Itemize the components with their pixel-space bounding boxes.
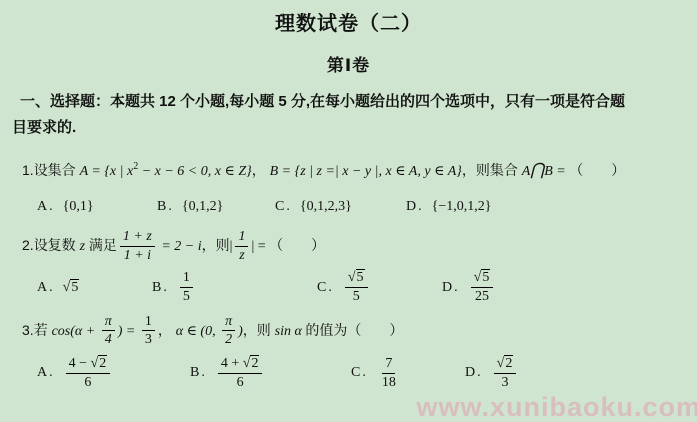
q3-lead-text: 若	[34, 322, 52, 338]
q2-option-d-radicand: 5	[481, 269, 490, 285]
q3-option-b-denominator: 6	[234, 374, 247, 391]
q3-option-a-denominator: 6	[81, 374, 94, 391]
q2-option-c-fraction: √55	[345, 270, 368, 304]
q3-frac3-denominator: 2	[222, 331, 235, 348]
q3-sin-expression: sin α	[275, 324, 306, 339]
q1-option-a-label: A.	[37, 199, 55, 215]
q1-option-c-value: {0,1,2,3}	[300, 199, 352, 215]
q3-option-d-label: D.	[465, 365, 483, 381]
question-2-stem: 2.设复数 z 满足1 + z1 + i = 2 − i，则|1z| = （ ）	[10, 229, 687, 263]
q2-option-c-numerator: √5	[345, 270, 368, 288]
q3-option-a-radical: √2	[91, 355, 108, 371]
q2-frac2-numerator: 1	[235, 229, 248, 247]
q3-option-a-numerator: 4 − √2	[66, 356, 111, 374]
q3-frac1-numerator: π	[102, 314, 115, 332]
q3-option-c: C.718	[351, 356, 465, 390]
q3-frac3-numerator: π	[222, 314, 235, 332]
q3-close-eq: ) =	[118, 324, 139, 339]
q2-option-d-denominator: 25	[472, 288, 492, 305]
q2-option-d-label: D.	[442, 280, 460, 296]
q1-option-b-value: {0,1,2}	[182, 199, 223, 215]
q1-number: 1.	[22, 162, 34, 178]
q2-answer-blank: （ ）	[269, 237, 325, 253]
q2-option-b-numerator: 1	[180, 270, 193, 288]
question-1-stem: 1.设集合 A = {x | x2 − x − 6 < 0, x ∈ Z}， B…	[10, 160, 687, 180]
instructions-line-2: 目要求的.	[10, 115, 687, 141]
q3-option-b-radicand: 2	[250, 355, 259, 371]
q2-abs-close: | =	[251, 239, 269, 254]
q3-option-c-numerator: 7	[382, 356, 395, 374]
q1-comma: ，	[252, 162, 270, 178]
question-3-options: A.4 − √26 B.4 + √26 C.718 D.√23	[10, 356, 687, 390]
question-3-stem: 3.若 cos(α + π4) = 13， α ∈ (0, π2)，则 sin …	[10, 314, 687, 348]
q3-frac2-numerator: 1	[142, 314, 155, 332]
q2-option-d: D.√525	[442, 270, 496, 304]
q2-option-a-radicand: 5	[70, 279, 79, 295]
q2-abs-open: |	[230, 239, 233, 254]
q3-frac1-denominator: 4	[102, 331, 115, 348]
q3-option-b-label: B.	[190, 365, 207, 381]
q2-option-b-denominator: 5	[180, 288, 193, 305]
q3-frac2-denominator: 3	[142, 331, 155, 348]
q3-option-a-radicand: 2	[98, 355, 107, 371]
q2-option-a-label: A.	[37, 280, 55, 296]
q3-option-d-fraction: √23	[494, 356, 517, 390]
q2-option-b-label: B.	[152, 280, 169, 296]
q3-number: 3.	[22, 322, 34, 338]
q3-option-d-radicand: 2	[504, 355, 513, 371]
q3-option-b-num-text: 4 +	[221, 356, 243, 371]
volume-heading: 第Ⅰ卷	[10, 51, 687, 76]
q1-set-b: B = {z | z =| x − y |, x ∈ A, y ∈ A}	[270, 164, 462, 179]
q3-option-d: D.√23	[465, 356, 519, 390]
q1-option-a-value: {0,1}	[63, 199, 94, 215]
q2-option-c: C.√55	[317, 270, 442, 304]
q3-option-b-numerator: 4 + √2	[218, 356, 263, 374]
q2-frac1-denominator: 1 + i	[121, 247, 154, 264]
q3-option-c-denominator: 18	[379, 374, 399, 391]
q1-option-d: D.{−1,0,1,2}	[406, 199, 491, 215]
q2-option-c-radicand: 5	[356, 269, 365, 285]
page-title: 理数试卷（二）	[10, 0, 687, 36]
q3-option-a-num-text: 4 −	[69, 356, 91, 371]
q1-option-a: A.{0,1}	[37, 199, 157, 215]
q2-option-c-label: C.	[317, 280, 334, 296]
q1-set-a: A = {x | x	[80, 164, 134, 179]
q3-cos-expression: cos(α +	[52, 324, 99, 339]
q2-option-a: A.√5	[37, 280, 152, 296]
q3-option-c-fraction: 718	[379, 356, 399, 390]
q2-frac1-numerator: 1 + z	[120, 229, 155, 247]
q1-option-c: C.{0,1,2,3}	[275, 199, 406, 215]
q1-option-c-label: C.	[275, 199, 292, 215]
q2-option-c-denominator: 5	[350, 288, 363, 305]
q1-cap-left: A	[522, 164, 531, 179]
q2-option-d-radical: √5	[474, 269, 491, 285]
q2-option-b: B.15	[152, 270, 317, 304]
section-instructions: 一、选择题：本题共 12 个小题,每小题 5 分,在每小题给出的四个选项中，只有…	[10, 89, 687, 141]
q1-set-a-rest: − x − 6 < 0, x ∈ Z}	[138, 164, 252, 179]
q2-option-d-numerator: √5	[471, 270, 494, 288]
q3-option-c-label: C.	[351, 365, 368, 381]
q3-option-a-fraction: 4 − √26	[66, 356, 111, 390]
q2-frac2-denominator: z	[236, 247, 247, 264]
q3-option-a: A.4 − √26	[37, 356, 190, 390]
q3-answer-blank: （ ）	[347, 322, 403, 338]
q2-lead-text: 设复数	[34, 237, 80, 253]
q3-option-a-label: A.	[37, 365, 55, 381]
q2-number: 2.	[22, 237, 34, 253]
q2-option-d-fraction: √525	[471, 270, 494, 304]
q3-fraction-1: π4	[102, 314, 115, 348]
q2-then-text: ，则	[202, 237, 230, 253]
q1-mid-text: ，则集合	[462, 162, 522, 178]
q3-option-d-numerator: √2	[494, 356, 517, 374]
q3-tail-text: 的值为	[305, 322, 347, 338]
q2-equation: = 2 − i	[158, 239, 202, 254]
instructions-line-1: 一、选择题：本题共 12 个小题,每小题 5 分,在每小题给出的四个选项中，只有…	[10, 89, 687, 115]
q3-option-d-denominator: 3	[498, 374, 511, 391]
q2-satisfy-text: 满足	[85, 237, 117, 253]
question-1-options: A.{0,1} B.{0,1,2} C.{0,1,2,3} D.{−1,0,1,…	[10, 199, 687, 215]
q3-comma: ，	[158, 322, 176, 338]
watermark: www.xunibaoku.com	[416, 392, 697, 422]
q3-alpha-domain: α ∈ (0,	[176, 324, 219, 339]
q2-fraction-2: 1z	[235, 229, 248, 263]
q2-option-b-fraction: 15	[180, 270, 193, 304]
q1-option-b-label: B.	[157, 199, 174, 215]
q3-option-b: B.4 + √26	[190, 356, 351, 390]
question-2-options: A.√5 B.15 C.√55 D.√525	[10, 270, 687, 304]
q1-option-d-label: D.	[406, 199, 424, 215]
q1-lead-text: 设集合	[34, 162, 80, 178]
intersection-symbol: ⋂	[530, 160, 544, 179]
q3-then-text: ，则	[243, 322, 275, 338]
q2-option-a-radical: √5	[63, 280, 80, 296]
q3-fraction-2: 13	[142, 314, 155, 348]
q3-option-b-fraction: 4 + √26	[218, 356, 263, 390]
q2-fraction-1: 1 + z1 + i	[120, 229, 155, 263]
q3-fraction-3: π2	[222, 314, 235, 348]
q1-option-d-value: {−1,0,1,2}	[432, 199, 492, 215]
q1-answer-blank: （ ）	[569, 162, 625, 178]
q2-option-c-radical: √5	[348, 269, 365, 285]
q1-cap-right: B =	[544, 164, 569, 179]
q1-option-b: B.{0,1,2}	[157, 199, 275, 215]
q3-option-b-radical: √2	[243, 355, 260, 371]
sqrt-sign: √	[348, 270, 356, 285]
q3-option-d-radical: √2	[497, 355, 514, 371]
exam-paper-page: 理数试卷（二） 第Ⅰ卷 一、选择题：本题共 12 个小题,每小题 5 分,在每小…	[0, 0, 697, 422]
